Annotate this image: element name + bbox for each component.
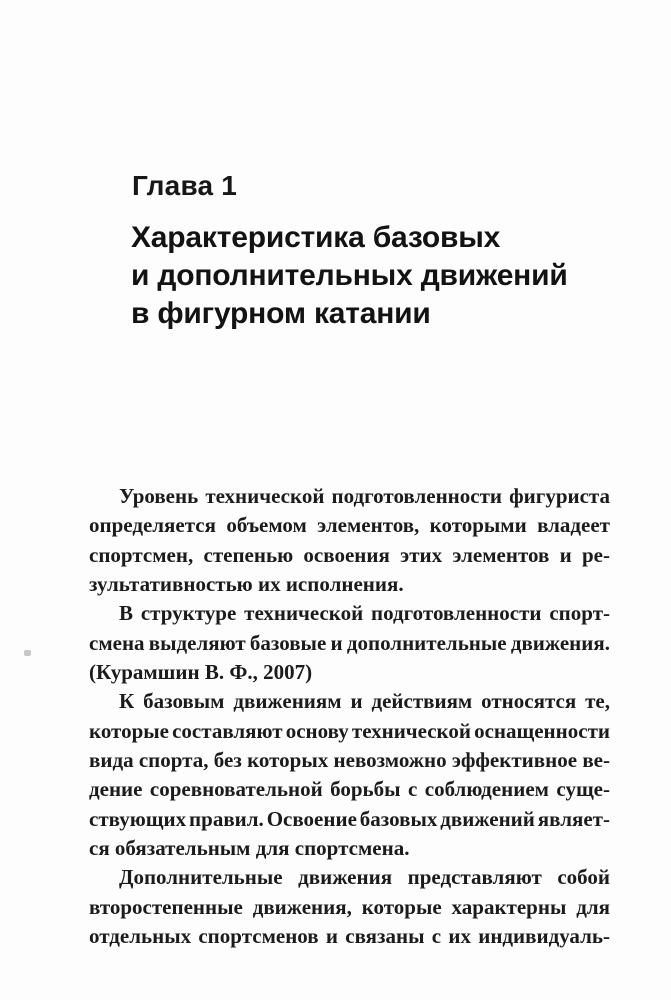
scan-speck-artifact bbox=[24, 650, 31, 656]
text-line: К базовым движениям и действиям относятс… bbox=[89, 687, 610, 716]
text-line: зультативностью их исполнения. bbox=[89, 570, 610, 599]
text-line: ся обязательным для спортсмена. bbox=[89, 834, 610, 863]
text-line: Уровень технической подготовленности фиг… bbox=[89, 482, 610, 511]
text-line: отдельных спортсменов и связаны с их инд… bbox=[89, 922, 610, 951]
text-line: второстепенные движения, которые характе… bbox=[89, 893, 610, 922]
book-page: Глава 1 Характеристика базовых и дополни… bbox=[0, 0, 671, 1000]
text-line: Дополнительные движения представляют соб… bbox=[89, 863, 610, 892]
chapter-label: Глава 1 bbox=[132, 170, 237, 202]
text-line: определяется объемом элементов, которыми… bbox=[89, 511, 610, 540]
text-line: которые составляют основу технической ос… bbox=[89, 717, 610, 746]
text-line: спортсмен, степенью освоения этих элемен… bbox=[89, 541, 610, 570]
text-line: смена выделяют базовые и дополнительные … bbox=[89, 629, 610, 658]
text-line: В структуре технической подготовленности… bbox=[89, 599, 610, 628]
body-text: Уровень технической подготовленности фиг… bbox=[89, 482, 610, 952]
text-line: (Курамшин В. Ф., 2007) bbox=[89, 658, 610, 687]
text-line: ствующих правил. Освоение базовых движен… bbox=[89, 805, 610, 834]
text-line: вида спорта, без которых невозможно эффе… bbox=[89, 746, 610, 775]
text-line: дение соревновательной борьбы с соблюден… bbox=[89, 775, 610, 804]
chapter-title: Характеристика базовых и дополнительных … bbox=[131, 219, 568, 333]
